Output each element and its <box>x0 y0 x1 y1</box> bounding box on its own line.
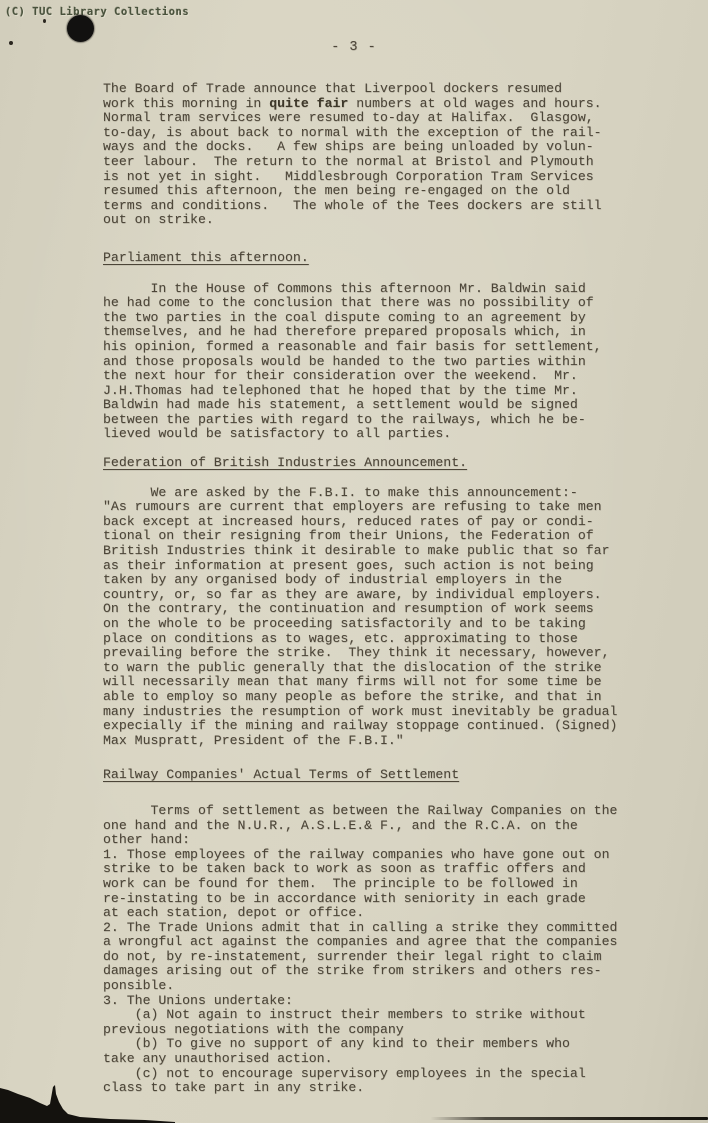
text-line: to warn the public generally that the di… <box>103 661 683 676</box>
text-line: British Industries think it desirable to… <box>103 544 683 559</box>
text-line: terms and conditions. The whole of the T… <box>103 199 683 214</box>
text-line: one hand and the N.U.R., A.S.L.E.& F., a… <box>103 819 683 834</box>
text-line: country, or, so far as they are aware, b… <box>103 588 683 603</box>
text-line: other hand: <box>103 833 683 848</box>
text-line: the two parties in the coal dispute comi… <box>103 311 683 326</box>
text-line: resumed this afternoon, the men being re… <box>103 184 683 199</box>
text-line: take any unauthorised action. <box>103 1052 683 1067</box>
text-line: damages arising out of the strike from s… <box>103 964 683 979</box>
text-line: (a) Not again to instruct their members … <box>103 1008 683 1023</box>
section-heading: Parliament this afternoon. <box>103 251 683 266</box>
text-line: expecially if the mining and railway sto… <box>103 719 683 734</box>
text-line: between the parties with regard to the r… <box>103 413 683 428</box>
text-line: out on strike. <box>103 213 683 228</box>
text-line: at each station, depot or office. <box>103 906 683 921</box>
text-line: taken by any organised body of industria… <box>103 573 683 588</box>
text-line: 2. The Trade Unions admit that in callin… <box>103 921 683 936</box>
text-line: (c) not to encourage supervisory employe… <box>103 1067 683 1082</box>
ink-speck <box>43 19 46 23</box>
text-line: place on conditions as to wages, etc. ap… <box>103 632 683 647</box>
copyright-watermark: (C) TUC Library Collections <box>5 6 189 18</box>
text-line: will necessarily mean that many firms wi… <box>103 675 683 690</box>
text-line: on the whole to be proceeding satisfacto… <box>103 617 683 632</box>
text-line: he had come to the conclusion that there… <box>103 296 683 311</box>
hole-punch-mark <box>67 15 94 42</box>
torn-corner-mark <box>0 1078 175 1123</box>
section-heading: Railway Companies' Actual Terms of Settl… <box>103 768 683 783</box>
text-line: lieved would be satisfactory to all part… <box>103 427 683 442</box>
paragraph: In the House of Commons this afternoon M… <box>103 282 683 443</box>
text-line: re-instating to be in accordance with se… <box>103 892 683 907</box>
text-line: is not yet in sight. Middlesbrough Corpo… <box>103 170 683 185</box>
text-line: Normal tram services were resumed to-day… <box>103 111 683 126</box>
text-line: strike to be taken back to work as soon … <box>103 862 683 877</box>
text-line: 1. Those employees of the railway compan… <box>103 848 683 863</box>
scanned-page: (C) TUC Library Collections - 3 - The Bo… <box>0 0 708 1123</box>
text-line: able to employ so many people as before … <box>103 690 683 705</box>
text-line: prevailing before the strike. They think… <box>103 646 683 661</box>
document-body: The Board of Trade announce that Liverpo… <box>103 82 683 1096</box>
text-line: teer labour. The return to the normal at… <box>103 155 683 170</box>
text-line: the next hour for their consideration ov… <box>103 369 683 384</box>
text-line: and those proposals would be handed to t… <box>103 355 683 370</box>
page-number: - 3 - <box>0 40 708 55</box>
text-line: The Board of Trade announce that Liverpo… <box>103 82 683 97</box>
text-line: "As rumours are current that employers a… <box>103 500 683 515</box>
text-line: Max Muspratt, President of the F.B.I." <box>103 734 683 749</box>
text-line: Baldwin had made his statement, a settle… <box>103 398 683 413</box>
text-line: work can be found for them. The principl… <box>103 877 683 892</box>
text-line: In the House of Commons this afternoon M… <box>103 282 683 297</box>
text-line: ponsible. <box>103 979 683 994</box>
text-line: class to take part in any strike. <box>103 1081 683 1096</box>
scan-edge-line <box>430 1117 708 1120</box>
text-line: previous negotiations with the company <box>103 1023 683 1038</box>
text-line: tional on their resigning from their Uni… <box>103 529 683 544</box>
text-line: as their information at present goes, su… <box>103 559 683 574</box>
text-line: On the contrary, the continuation and re… <box>103 602 683 617</box>
paragraph: The Board of Trade announce that Liverpo… <box>103 82 683 228</box>
text-line: (b) To give no support of any kind to th… <box>103 1037 683 1052</box>
text-line: We are asked by the F.B.I. to make this … <box>103 486 683 501</box>
text-line: to-day, is about back to normal with the… <box>103 126 683 141</box>
text-line: do not, by re-instatement, surrender the… <box>103 950 683 965</box>
text-line: 3. The Unions undertake: <box>103 994 683 1009</box>
paragraph: Terms of settlement as between the Railw… <box>103 804 683 1096</box>
text-line: many industries the resumption of work m… <box>103 705 683 720</box>
text-line: back except at increased hours, reduced … <box>103 515 683 530</box>
text-line: Terms of settlement as between the Railw… <box>103 804 683 819</box>
text-line: ways and the docks. A few ships are bein… <box>103 140 683 155</box>
text-line: his opinion, formed a reasonable and fai… <box>103 340 683 355</box>
paragraph: We are asked by the F.B.I. to make this … <box>103 486 683 749</box>
text-line: themselves, and he had therefore prepare… <box>103 325 683 340</box>
text-line: a wrongful act against the companies and… <box>103 935 683 950</box>
text-line: work this morning in quite fair numbers … <box>103 97 683 112</box>
text-line: J.H.Thomas had telephoned that he hoped … <box>103 384 683 399</box>
section-heading: Federation of British Industries Announc… <box>103 456 683 471</box>
